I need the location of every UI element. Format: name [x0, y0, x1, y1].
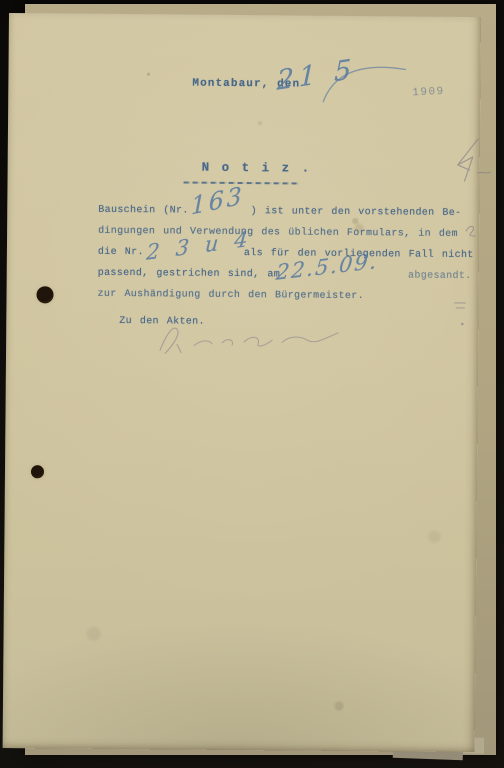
handwritten-number-163: 163	[191, 185, 245, 217]
margin-pencil-dashes	[452, 300, 468, 312]
line3-pre: die Nr.	[98, 247, 144, 258]
margin-pencil-squiggle	[463, 223, 479, 241]
punch-hole-top	[36, 286, 53, 303]
line1-post: ) ist unter den vorstehenden Be-	[251, 206, 462, 219]
paper-texture	[3, 13, 481, 752]
document-page: Montabaur, den 21 5 1909 N o t i z . Bau…	[3, 13, 481, 752]
margin-pencil-arrow-mark	[447, 135, 494, 193]
year-stamp: 1909	[412, 86, 445, 99]
note-title: N o t i z .	[202, 161, 312, 176]
body-line: zur Aushändigung durch den Bürgermeister…	[97, 284, 472, 308]
line1-pre: Bauschein (Nr.	[98, 205, 189, 217]
punch-hole-bottom	[31, 465, 44, 478]
pen-flourish-stroke	[263, 53, 413, 109]
margin-pencil-dot	[458, 320, 466, 328]
line4-pre: passend, gestrichen sind, am	[98, 268, 280, 281]
scan-background: Montabaur, den 21 5 1909 N o t i z . Bau…	[0, 0, 504, 768]
line4-post: abgesandt.	[408, 270, 472, 282]
pencil-signature-scrawl	[154, 314, 354, 366]
